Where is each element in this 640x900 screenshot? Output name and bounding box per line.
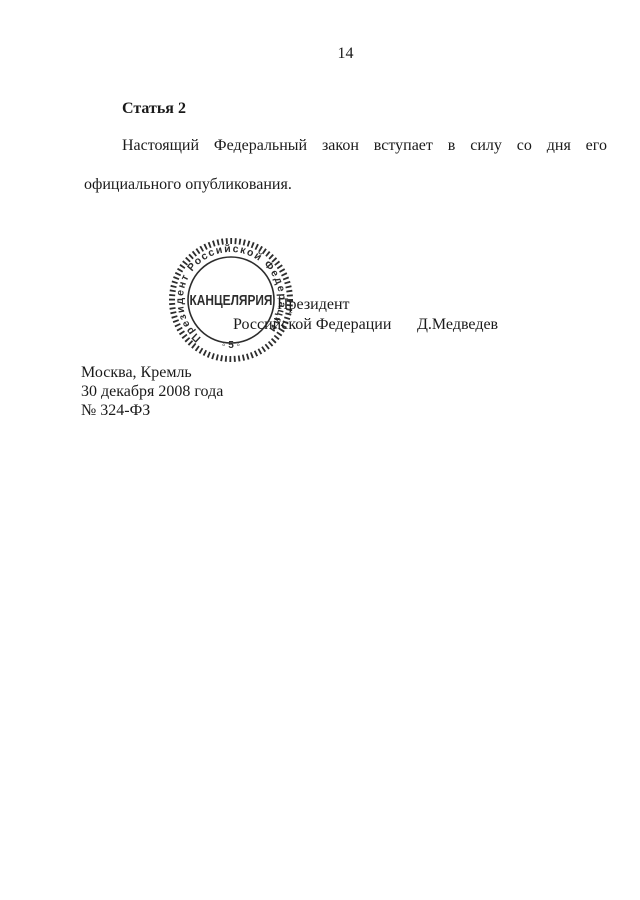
article-paragraph-line2: официального опубликования. xyxy=(84,175,292,194)
signature-title-line2: Российской Федерации xyxy=(233,315,391,334)
issue-place: Москва, Кремль xyxy=(81,363,223,382)
law-number: № 324-ФЗ xyxy=(81,401,223,420)
paragraph-word: вступает xyxy=(374,136,433,155)
stamp-center-text: КАНЦЕЛЯРИЯ xyxy=(190,292,273,308)
issue-date: 30 декабря 2008 года xyxy=(81,382,223,401)
paragraph-word: в xyxy=(448,136,456,155)
article-heading: Статья 2 xyxy=(122,99,186,118)
stamp-bottom-mark: ◦ 5 ◦ xyxy=(222,340,240,351)
document-page: 14 Статья 2 Настоящий Федеральный закон … xyxy=(0,0,640,900)
paragraph-word: Федеральный xyxy=(214,136,307,155)
article-paragraph-line1: Настоящий Федеральный закон вступает в с… xyxy=(122,136,607,155)
paragraph-word: силу xyxy=(470,136,502,155)
paragraph-word: Настоящий xyxy=(122,136,199,155)
paragraph-word: его xyxy=(586,136,607,155)
page-number: 14 xyxy=(84,44,607,63)
paragraph-word: закон xyxy=(322,136,359,155)
paragraph-word: со xyxy=(517,136,532,155)
paragraph-word: дня xyxy=(547,136,571,155)
signatory-name: Д.Медведев xyxy=(417,315,498,334)
issue-details-block: Москва, Кремль 30 декабря 2008 года № 32… xyxy=(81,363,223,420)
signature-title-line1: Президент xyxy=(277,295,350,314)
